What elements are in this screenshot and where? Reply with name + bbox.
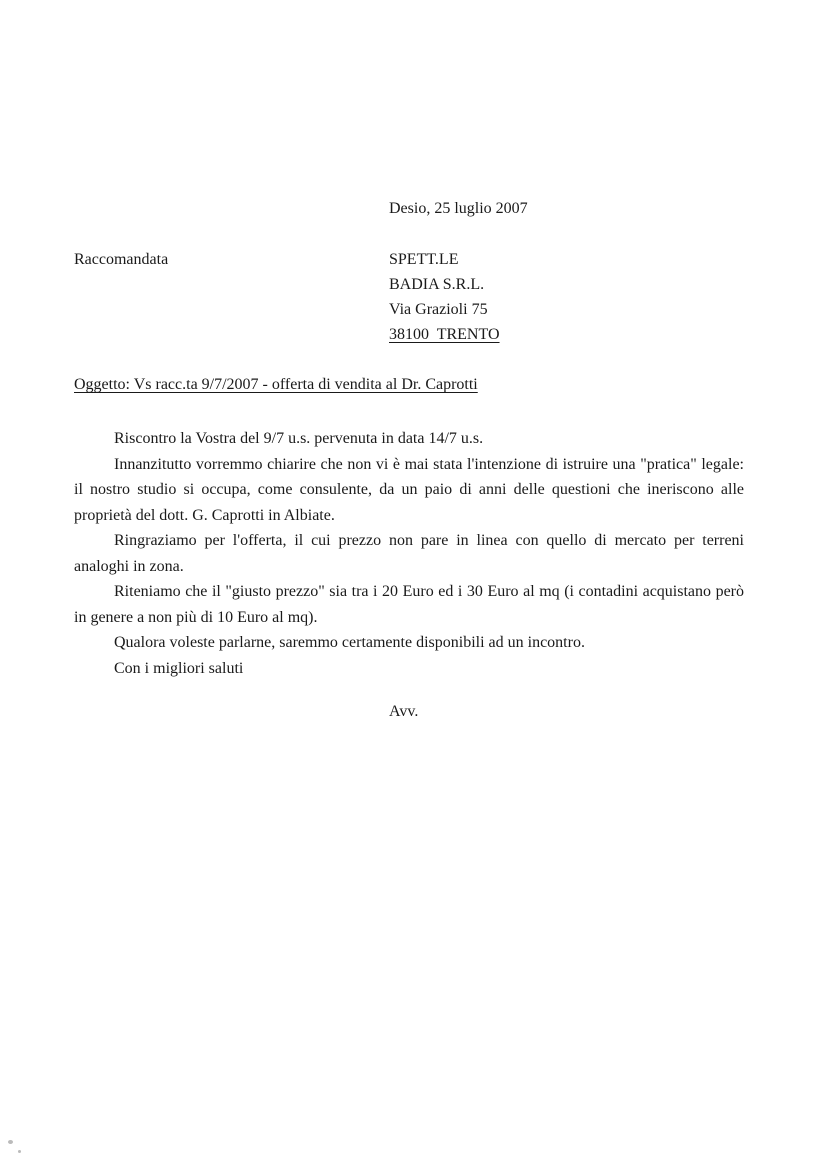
body-paragraph: Innanzitutto vorremmo chiarire che non v…	[74, 452, 744, 529]
subject-line: Oggetto: Vs racc.ta 9/7/2007 - offerta d…	[74, 376, 478, 394]
body-paragraph: Riscontro la Vostra del 9/7 u.s. pervenu…	[74, 426, 744, 452]
body-paragraph: Riteniamo che il "giusto prezzo" sia tra…	[74, 579, 744, 630]
scan-speck	[18, 1150, 21, 1153]
letter-body: Riscontro la Vostra del 9/7 u.s. pervenu…	[74, 426, 744, 681]
scan-speck	[8, 1140, 13, 1144]
body-paragraph: Qualora voleste parlarne, saremmo certam…	[74, 630, 744, 656]
recipient-company: BADIA S.R.L.	[389, 276, 484, 294]
recipient-street: Via Grazioli 75	[389, 301, 488, 319]
closing-line: Con i migliori saluti	[74, 656, 744, 682]
signature: Avv.	[389, 703, 418, 721]
delivery-type: Raccomandata	[74, 251, 168, 269]
body-paragraph: Ringraziamo per l'offerta, il cui prezzo…	[74, 528, 744, 579]
recipient-city: 38100 TRENTO	[389, 326, 500, 344]
date-line: Desio, 25 luglio 2007	[389, 200, 528, 218]
recipient-salutation: SPETT.LE	[389, 251, 458, 269]
